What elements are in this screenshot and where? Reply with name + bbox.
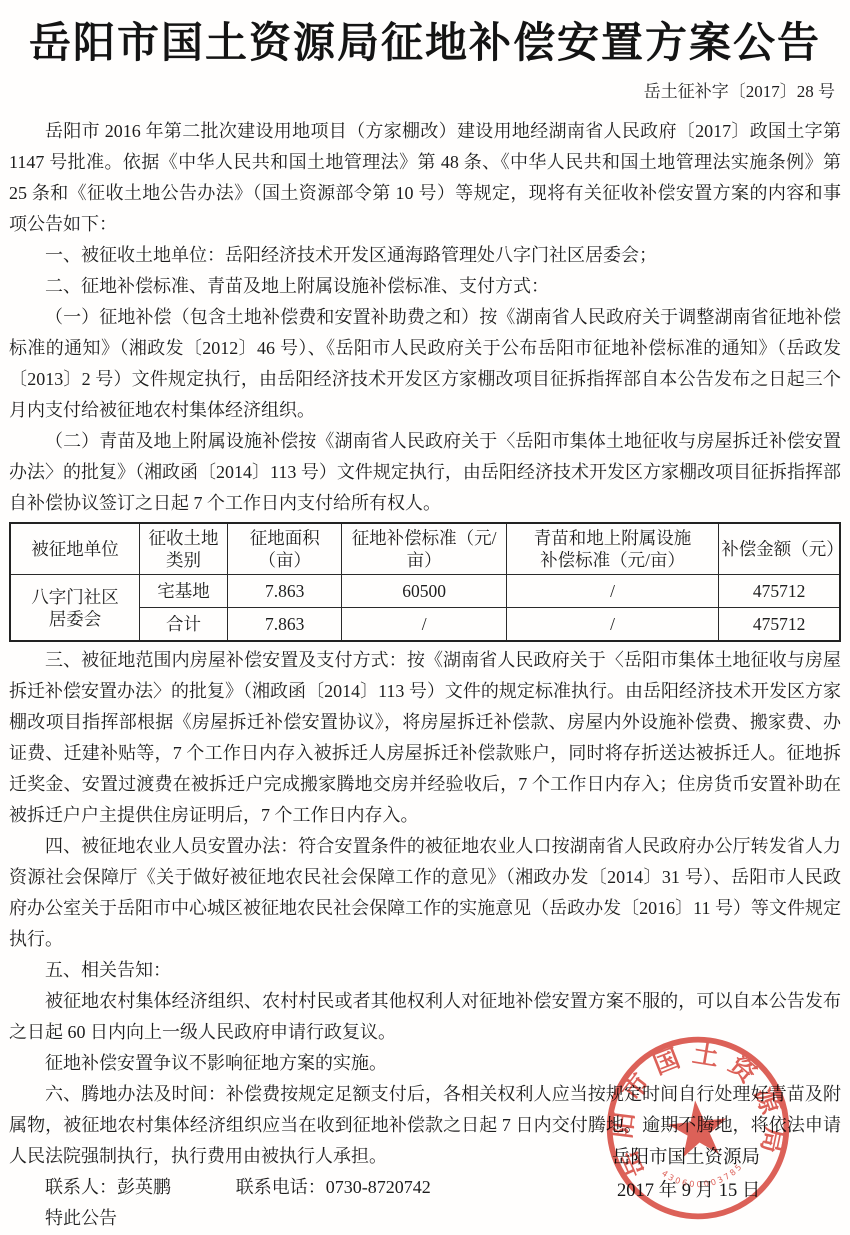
- col-header-unit: 被征地单位: [10, 523, 139, 575]
- col-header-area: 征地面积（亩）: [227, 523, 342, 575]
- col-header-standard: 征地补偿标准（元/亩）: [342, 523, 506, 575]
- table-row: 八字门社区 居委会 宅基地 7.863 60500 / 475712: [10, 575, 840, 608]
- cell-seedling: /: [506, 575, 718, 608]
- page-title: 岳阳市国土资源局征地补偿安置方案公告: [9, 18, 841, 70]
- cell-seedling: /: [506, 608, 718, 642]
- paragraph-item-5: 五、相关告知：: [9, 955, 841, 986]
- paragraph-item-3: 三、被征地范围内房屋补偿安置及支付方式：按《湖南省人民政府关于〈岳阳市集体土地征…: [9, 645, 841, 831]
- cell-amount: 475712: [719, 575, 840, 608]
- contact-phone: 联系电话：0730-8720742: [236, 1177, 431, 1197]
- issue-date: 2017 年 9 月 15 日: [612, 1175, 760, 1208]
- compensation-table: 被征地单位 征收土地 类别 征地面积（亩） 征地补偿标准（元/亩） 青苗和地上附…: [9, 522, 841, 642]
- cell-area: 7.863: [227, 608, 342, 642]
- paragraph-item-4: 四、被征地农业人员安置办法：符合安置条件的被征地农业人口按湖南省人民政府办公厅转…: [9, 831, 841, 955]
- col-header-seedling: 青苗和地上附属设施 补偿标准（元/亩）: [506, 523, 718, 575]
- paragraph-item-2: 二、征地补偿标准、青苗及地上附属设施补偿标准、支付方式：: [9, 271, 841, 302]
- announcement-page: 岳阳市国土资源局征地补偿安置方案公告 岳土征补字〔2017〕28 号 岳阳市 2…: [0, 0, 850, 1235]
- paragraph-intro: 岳阳市 2016 年第二批次建设用地项目（方家棚改）建设用地经湖南省人民政府〔2…: [9, 116, 841, 240]
- cell-unit: 八字门社区 居委会: [10, 575, 139, 642]
- cell-standard: /: [342, 608, 506, 642]
- paragraph-item-2-2: （二）青苗及地上附属设施补偿按《湖南省人民政府关于〈岳阳市集体土地征收与房屋拆迁…: [9, 426, 841, 519]
- paragraph-item-2-1: （一）征地补偿（包含土地补偿费和安置补助费之和）按《湖南省人民政府关于调整湖南省…: [9, 302, 841, 426]
- signature-block: 岳阳市国土资源局 2017 年 9 月 15 日: [612, 1142, 760, 1208]
- table-header-row: 被征地单位 征收土地 类别 征地面积（亩） 征地补偿标准（元/亩） 青苗和地上附…: [10, 523, 840, 575]
- document-body: 岳阳市 2016 年第二批次建设用地项目（方家棚改）建设用地经湖南省人民政府〔2…: [9, 116, 841, 1234]
- cell-standard: 60500: [342, 575, 506, 608]
- contact-person: 联系人：彭英鹏: [45, 1177, 171, 1197]
- paragraph-item-5a: 被征地农村集体经济组织、农村村民或者其他权利人对征地补偿安置方案不服的，可以自本…: [9, 986, 841, 1048]
- paragraph-item-1: 一、被征收土地单位：岳阳经济技术开发区通海路管理处八字门社区居委会；: [9, 240, 841, 271]
- cell-category: 宅基地: [139, 575, 227, 608]
- cell-category: 合计: [139, 608, 227, 642]
- doc-number: 岳土征补字〔2017〕28 号: [9, 80, 841, 104]
- cell-amount: 475712: [719, 608, 840, 642]
- cell-area: 7.863: [227, 575, 342, 608]
- paragraph-item-5b: 征地补偿安置争议不影响征地方案的实施。: [9, 1048, 841, 1079]
- issuer-name: 岳阳市国土资源局: [612, 1142, 760, 1175]
- col-header-amount: 补偿金额（元）: [719, 523, 840, 575]
- col-header-category: 征收土地 类别: [139, 523, 227, 575]
